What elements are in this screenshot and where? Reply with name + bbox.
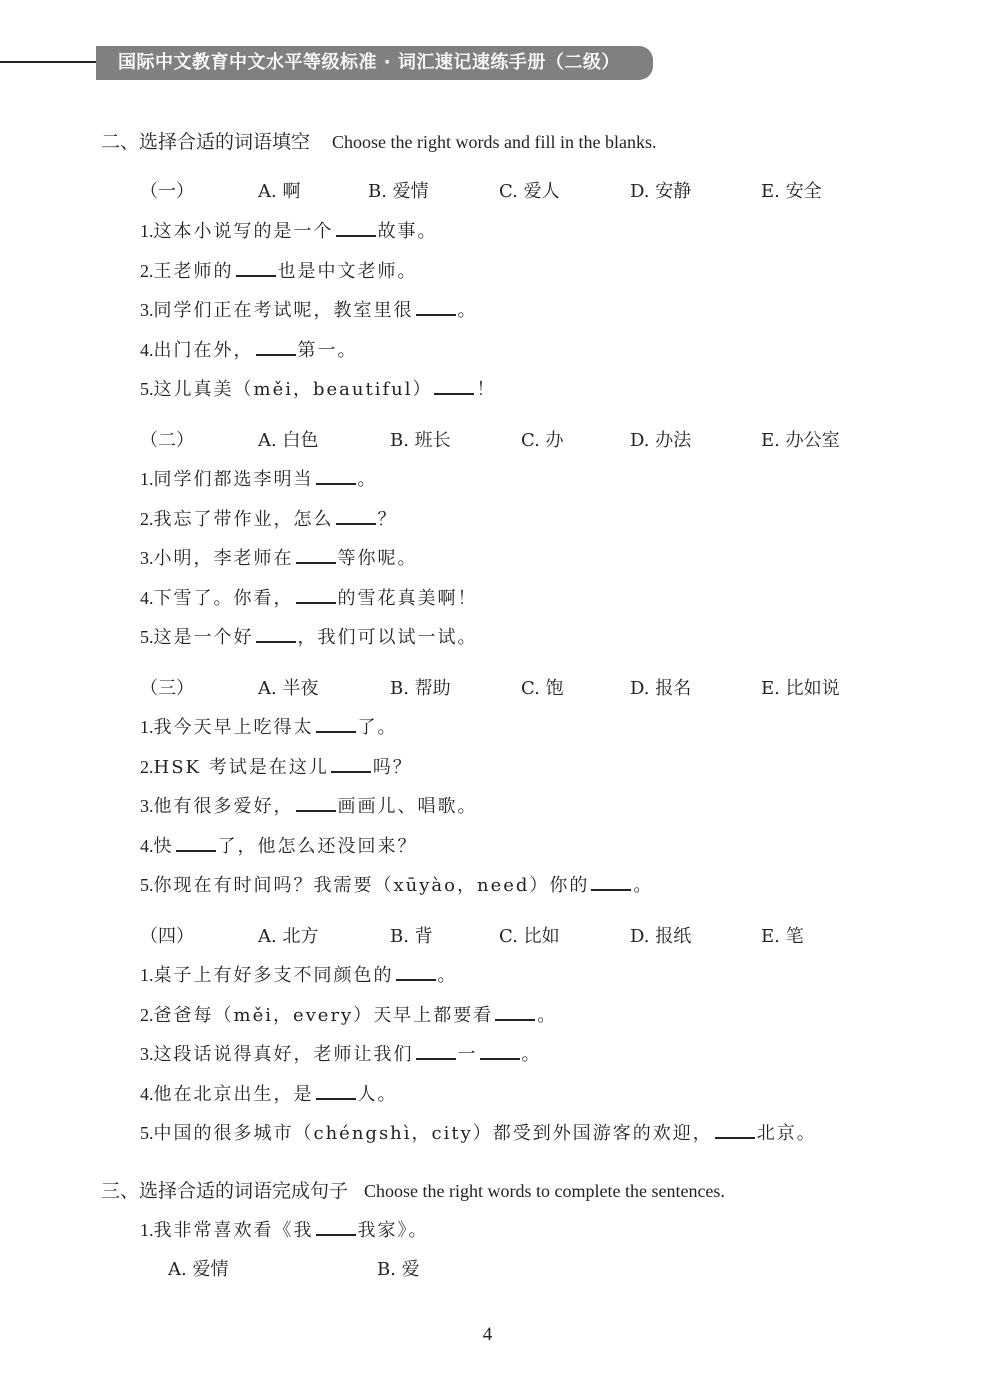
blank[interactable]: [434, 379, 474, 395]
group-label: （二）: [140, 426, 194, 452]
question: 2.王老师的也是中文老师。: [140, 257, 418, 283]
blank[interactable]: [316, 1220, 356, 1236]
question: 1.同学们都选李明当。: [140, 465, 378, 491]
option-a: A. 半夜: [258, 674, 318, 700]
question: 2.爸爸每（měi，every）天早上都要看。: [140, 1001, 557, 1027]
group-1-options: （一） A. 啊 B. 爱情 C. 爱人 D. 安静 E. 安全: [140, 177, 900, 203]
section-3-title-en: Choose the right words to complete the s…: [364, 1181, 725, 1201]
blank[interactable]: [316, 469, 356, 485]
option-d: D. 报纸: [630, 922, 691, 948]
option-e: E. 办公室: [761, 426, 840, 452]
option-c: C. 办: [521, 426, 564, 452]
option-a: A. 爱情: [168, 1255, 228, 1281]
question: 1.桌子上有好多支不同颜色的。: [140, 961, 458, 987]
blank[interactable]: [336, 221, 376, 237]
blank[interactable]: [591, 875, 631, 891]
question: 3.他有很多爱好，画画儿、唱歌。: [140, 792, 478, 818]
question: 4.下雪了。你看，的雪花真美啊！: [140, 584, 478, 610]
option-c: C. 爱人: [499, 177, 560, 203]
question: 2.我忘了带作业，怎么？: [140, 505, 398, 531]
section-2-title-en: Choose the right words and fill in the b…: [332, 132, 656, 152]
header-banner: 国际中文教育中文水平等级标准 · 词汇速记速练手册（二级）: [96, 46, 653, 80]
question: 5.这儿真美（měi，beautiful）！: [140, 375, 496, 401]
blank[interactable]: [336, 509, 376, 525]
option-a: A. 白色: [258, 426, 318, 452]
blank[interactable]: [296, 548, 336, 564]
blank[interactable]: [715, 1123, 755, 1139]
question: 1.我今天早上吃得太了。: [140, 713, 398, 739]
option-b: B. 背: [390, 922, 433, 948]
section-3-title: 三、选择合适的词语完成句子Choose the right words to c…: [101, 1176, 725, 1203]
header-rule: [0, 61, 100, 63]
blank[interactable]: [296, 796, 336, 812]
blank[interactable]: [256, 340, 296, 356]
blank[interactable]: [296, 588, 336, 604]
page-number: 4: [0, 1324, 975, 1346]
question: 4.快了，他怎么还没回来？: [140, 832, 418, 858]
question: 3.小明，李老师在等你呢。: [140, 544, 418, 570]
option-b: B. 班长: [390, 426, 451, 452]
blank[interactable]: [480, 1044, 520, 1060]
blank[interactable]: [495, 1005, 535, 1021]
blank[interactable]: [316, 1084, 356, 1100]
group-2-options: （二） A. 白色 B. 班长 C. 办 D. 办法 E. 办公室: [140, 426, 900, 452]
option-d: D. 报名: [630, 674, 691, 700]
blank[interactable]: [256, 627, 296, 643]
option-d: D. 安静: [630, 177, 691, 203]
section-2-title-zh: 二、选择合适的词语填空: [101, 131, 310, 153]
question: 4.出门在外，第一。: [140, 336, 358, 362]
option-b: B. 爱: [377, 1255, 420, 1281]
option-b: B. 爱情: [368, 177, 429, 203]
option-b: B. 帮助: [390, 674, 451, 700]
blank[interactable]: [396, 965, 436, 981]
question: 2.HSK 考试是在这儿吗？: [140, 753, 413, 779]
question: 3.这段话说得真好，老师让我们一。: [140, 1040, 542, 1066]
question: 3.同学们正在考试呢，教室里很。: [140, 296, 478, 322]
question: 5.这是一个好，我们可以试一试。: [140, 623, 478, 649]
blank[interactable]: [176, 836, 216, 852]
option-d: D. 办法: [630, 426, 691, 452]
option-e: E. 笔: [761, 922, 804, 948]
question: 1.这本小说写的是一个故事。: [140, 217, 438, 243]
blank[interactable]: [416, 300, 456, 316]
section-3-title-zh: 三、选择合适的词语完成句子: [101, 1180, 348, 1202]
blank[interactable]: [331, 757, 371, 773]
option-c: C. 比如: [499, 922, 560, 948]
option-a: A. 啊: [258, 177, 300, 203]
group-label: （三）: [140, 674, 194, 700]
group-label: （一）: [140, 177, 194, 203]
option-a: A. 北方: [258, 922, 318, 948]
blank[interactable]: [416, 1044, 456, 1060]
group-4-options: （四） A. 北方 B. 背 C. 比如 D. 报纸 E. 笔: [140, 922, 900, 948]
option-e: E. 比如说: [761, 674, 840, 700]
question: 5.中国的很多城市（chéngshì，city）都受到外国游客的欢迎，北京。: [140, 1119, 817, 1145]
group-3-options: （三） A. 半夜 B. 帮助 C. 饱 D. 报名 E. 比如说: [140, 674, 900, 700]
section-2-title: 二、选择合适的词语填空Choose the right words and fi…: [101, 127, 656, 154]
question: 4.他在北京出生，是人。: [140, 1080, 398, 1106]
question: 1.我非常喜欢看《我我家》。: [140, 1216, 429, 1242]
blank[interactable]: [316, 717, 356, 733]
group-label: （四）: [140, 922, 194, 948]
option-c: C. 饱: [521, 674, 564, 700]
blank[interactable]: [236, 261, 276, 277]
question: 5.你现在有时间吗？我需要（xūyào，need）你的。: [140, 871, 653, 897]
option-e: E. 安全: [761, 177, 822, 203]
